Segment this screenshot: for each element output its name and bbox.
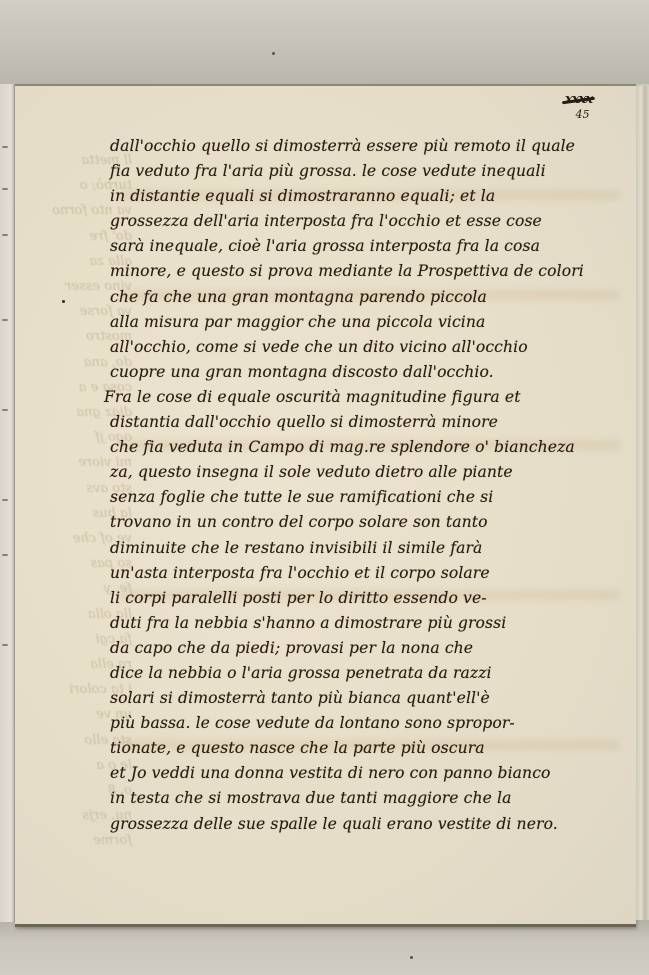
ink-mark <box>2 188 8 190</box>
manuscript-text: dall'occhio quello si dimosterrà essere … <box>110 134 640 837</box>
text-line: trovano in un contro del corpo solare so… <box>110 510 640 535</box>
ink-mark <box>2 409 8 411</box>
text-line: che fa che una gran montagna parendo pic… <box>110 285 640 310</box>
text-line: grossezza delle sue spalle le quali eran… <box>110 812 640 837</box>
text-line: che fia veduta in Campo di mag.re splend… <box>110 435 640 460</box>
ink-mark <box>2 644 8 646</box>
paragraph-start-line: Fra le cose di equale oscurità magnitudi… <box>104 385 640 410</box>
dust-speck <box>410 956 413 959</box>
text-line: in distantie equali si dimostraranno equ… <box>110 184 640 209</box>
text-line: diminuite che le restano invisibili il s… <box>110 536 640 561</box>
ink-mark <box>2 146 8 148</box>
facing-page-edge <box>0 84 15 922</box>
page-number: 45 <box>573 109 592 121</box>
text-line: alla misura par maggior che una piccola … <box>110 310 640 335</box>
text-line: dice la nebbia o l'aria grossa penetrata… <box>110 661 640 686</box>
ink-mark <box>2 319 8 321</box>
text-line: da capo che da piedi; provasi per la non… <box>110 636 640 661</box>
text-line: et Jo veddi una donna vestita di nero co… <box>110 761 640 786</box>
folio-number: xxxx 45 <box>565 93 592 121</box>
text-line: minore, e questo si prova mediante la Pr… <box>110 259 640 284</box>
text-line: all'occhio, come si vede che un dito vic… <box>110 335 640 360</box>
ink-speck <box>62 300 65 303</box>
text-line: solari si dimosterrà tanto più bianca qu… <box>110 686 640 711</box>
text-line: grossezza dell'aria interposta fra l'occ… <box>110 209 640 234</box>
ink-mark <box>2 499 8 501</box>
text-line: tionate, e questo nasce che la parte più… <box>110 736 640 761</box>
text-line: distantia dall'occhio quello si dimoster… <box>110 410 640 435</box>
scan-background-top <box>0 0 649 84</box>
text-line: senza foglie che tutte le sue ramificati… <box>110 485 640 510</box>
text-line: duti fra la nebbia s'hanno a dimostrare … <box>110 611 640 636</box>
text-line: li corpi paralelli posti per lo diritto … <box>110 586 640 611</box>
scan-background-bottom <box>0 920 649 975</box>
text-line: più bassa. le cose vedute da lontano son… <box>110 711 640 736</box>
text-line: sarà inequale, cioè l'aria grossa interp… <box>110 234 640 259</box>
text-line: dall'occhio quello si dimosterrà essere … <box>110 134 640 159</box>
ink-mark <box>2 554 8 556</box>
text-line: in testa che si mostrava due tanti maggi… <box>110 786 640 811</box>
text-line: fia veduto fra l'aria più grossa. le cos… <box>110 159 640 184</box>
ink-mark <box>2 234 8 236</box>
text-line: un'asta interposta fra l'occhio et il co… <box>110 561 640 586</box>
text-line: za, questo insegna il sole veduto dietro… <box>110 460 640 485</box>
dust-speck <box>272 52 275 55</box>
text-line: cuopre una gran montagna discosto dall'o… <box>110 360 640 385</box>
crossed-out-folio: xxxx <box>565 93 592 107</box>
